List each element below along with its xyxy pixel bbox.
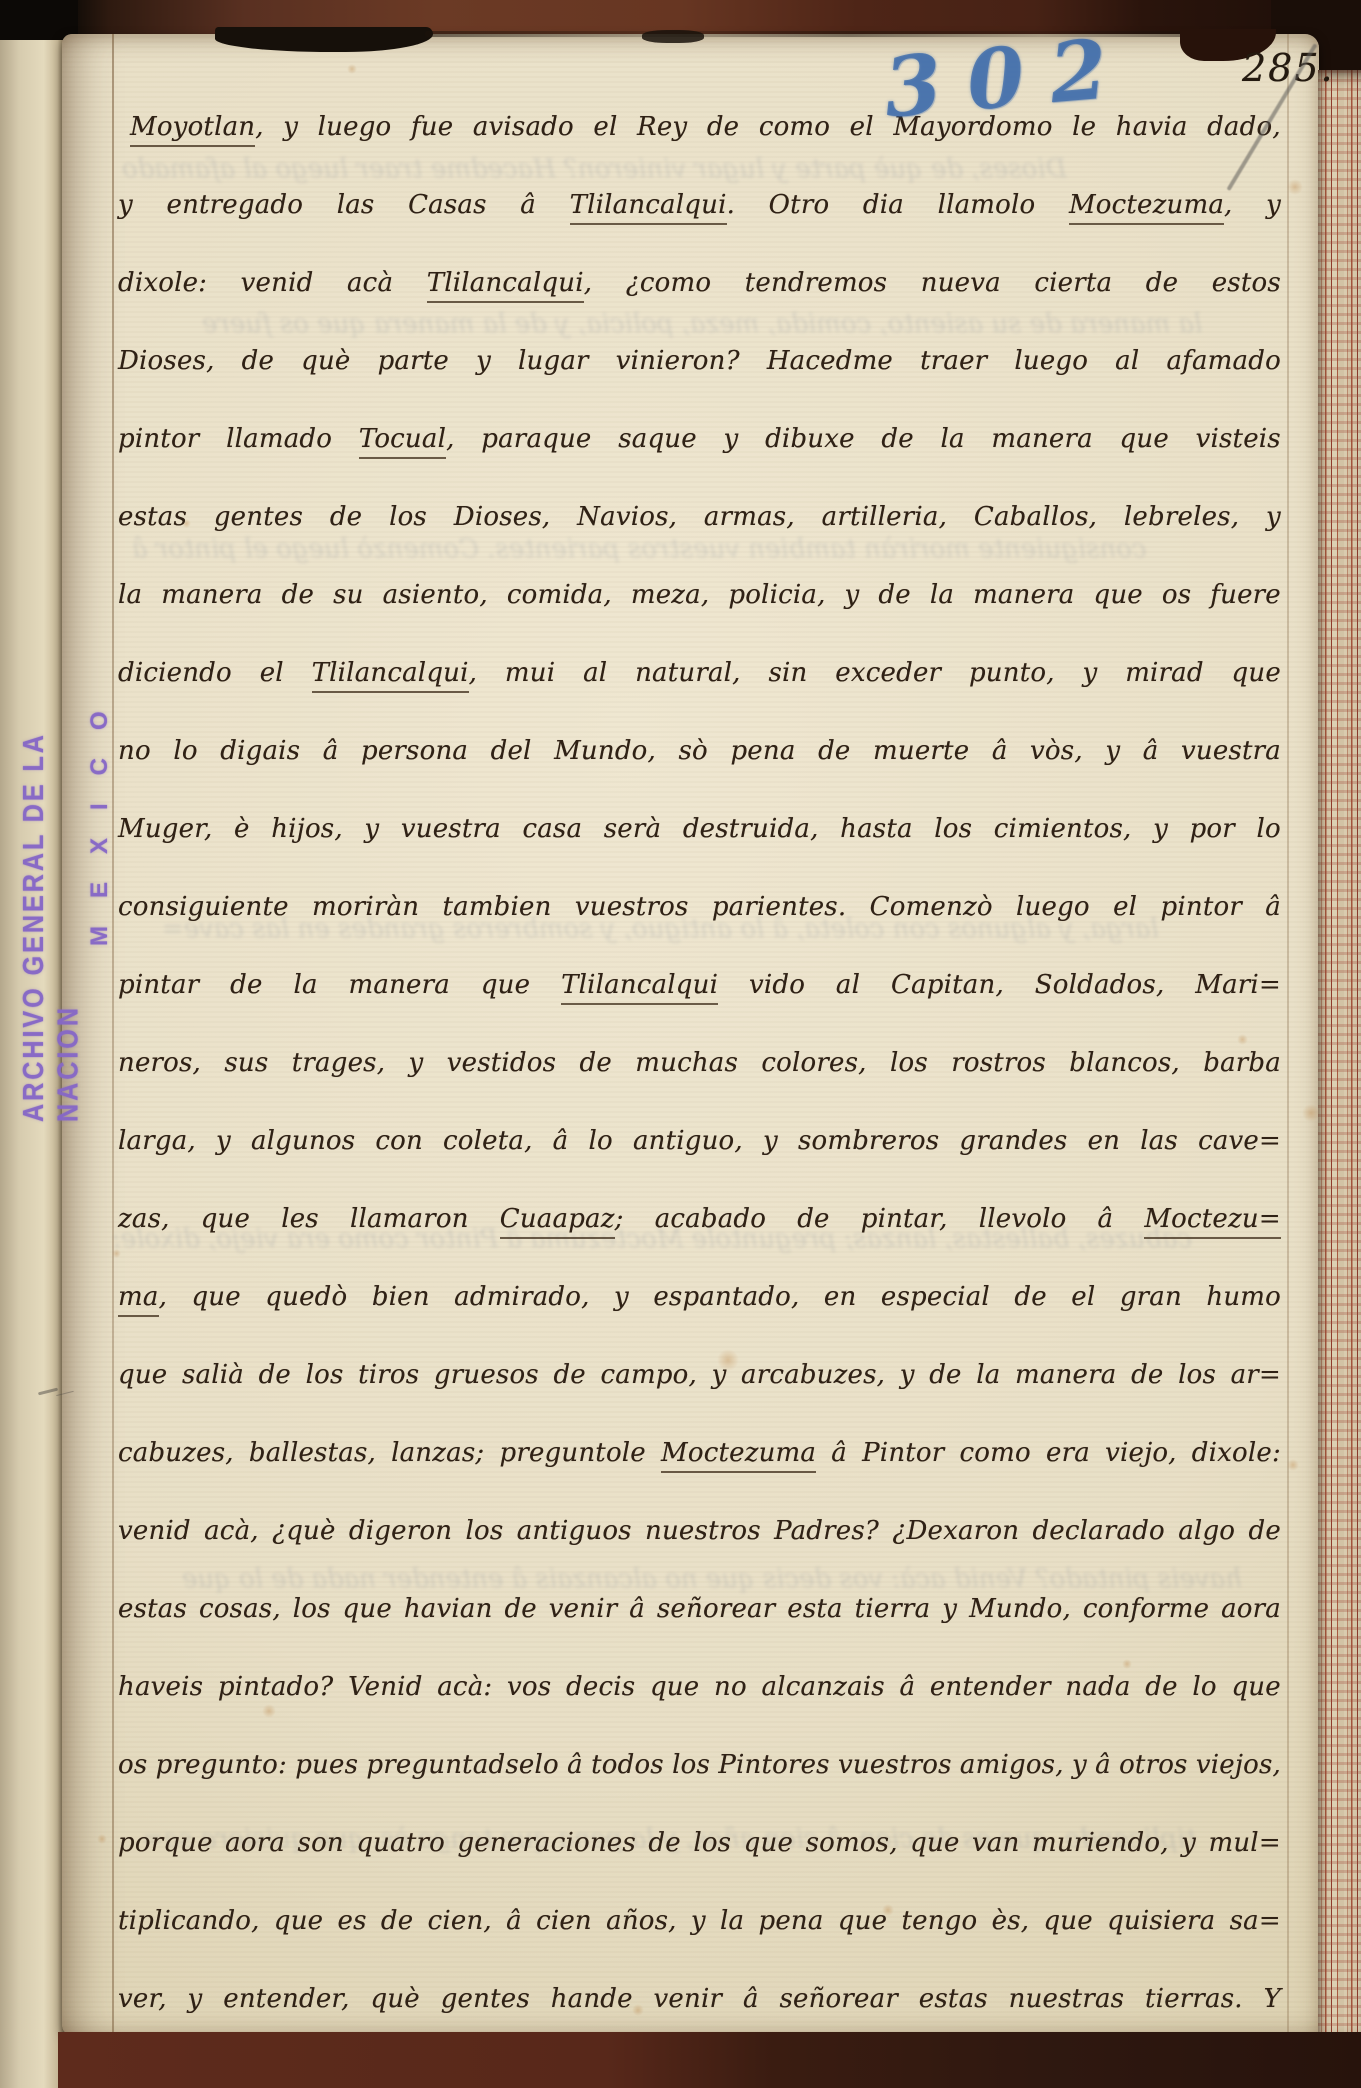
manuscript-line: larga,yalgunosconcoleta,âloantiguo,ysomb… (118, 1102, 1281, 1180)
manuscript-line: estascosas,losquehaviandevenirâseñoreare… (118, 1570, 1281, 1648)
archive-stamp-name: ARCHIVO GENERAL DE LA NACION (16, 631, 85, 1122)
foxing-spot (347, 64, 357, 74)
manuscript-line: pintardelamaneraqueTlilancalquividoalCap… (118, 946, 1281, 1024)
manuscript-line: ospregunto:puespreguntadseloâtodoslosPin… (118, 1726, 1281, 1804)
manuscript-line: neros,sustrages,yvestidosdemuchascolores… (118, 1024, 1281, 1102)
foxing-spot (97, 1834, 107, 1844)
manuscript-line: pintorllamadoTocual,paraquesaqueydibuxed… (118, 400, 1281, 478)
manuscript-text: Moyotlan,yluegofueavisadoelReydecomoelMa… (118, 88, 1281, 2038)
manuscript-line: diciendoelTlilancalqui,muialnatural,sine… (118, 634, 1281, 712)
manuscript-line: venidacà,¿quèdigeronlosantiguosnuestrosP… (118, 1492, 1281, 1570)
manuscript-line: ver,yentender,quègenteshandevenirâseñore… (118, 1960, 1281, 2038)
manuscript-photo: Dioses, de què parte y lugar vinieron? H… (0, 0, 1361, 2088)
manuscript-line: haveispintado?Venidacà:vosdecisquenoalca… (118, 1648, 1281, 1726)
archive-stamp-country: MEXICO (86, 616, 114, 946)
manuscript-line: Dioses,dequèparteylugarvinieron?Hacedmet… (118, 322, 1281, 400)
manuscript-line: nolodigaisâpersonadelMundo,sòpenademuert… (118, 712, 1281, 790)
foxing-spot (1302, 1104, 1319, 1122)
book-binding-bottom (58, 2032, 1361, 2088)
right-margin-rule (1287, 34, 1289, 2038)
archive-stamp: ARCHIVO GENERAL DE LA NACION MEXICO (16, 616, 114, 1122)
manuscript-line: Muger,èhijos,yvuestracasaseràdestruida,h… (118, 790, 1281, 868)
manuscript-line: porqueaorasonquatrogeneracionesdelosques… (118, 1804, 1281, 1882)
manuscript-line: yentregadolasCasasâTlilancalqui.Otrodial… (118, 166, 1281, 244)
manuscript-line: tiplicando,queesdecien,âcienaños,ylapena… (118, 1882, 1281, 1960)
manuscript-line: consiguientemoriràntambienvuestrosparien… (118, 868, 1281, 946)
manuscript-line: zas,quelesllamaronCuaapaz;acabadodepinta… (118, 1180, 1281, 1258)
page-number: 285. (1242, 46, 1335, 90)
fore-edge-page-stack (1318, 70, 1361, 2044)
manuscript-line: ma,quequedòbienadmirado,yespantado,enesp… (118, 1258, 1281, 1336)
manuscript-line: lamaneradesuasiento,comida,meza,policia,… (118, 556, 1281, 634)
manuscript-line: cabuzes,ballestas,lanzas;preguntoleMocte… (118, 1414, 1281, 1492)
manuscript-line: quesaliàdelostirosgruesosdecampo,yarcabu… (118, 1336, 1281, 1414)
manuscript-line: dixole:venidacàTlilancalqui,¿comotendrem… (118, 244, 1281, 322)
foxing-spot (1287, 179, 1303, 195)
manuscript-line: estasgentesdelosDioses,Navios,armas,arti… (118, 478, 1281, 556)
